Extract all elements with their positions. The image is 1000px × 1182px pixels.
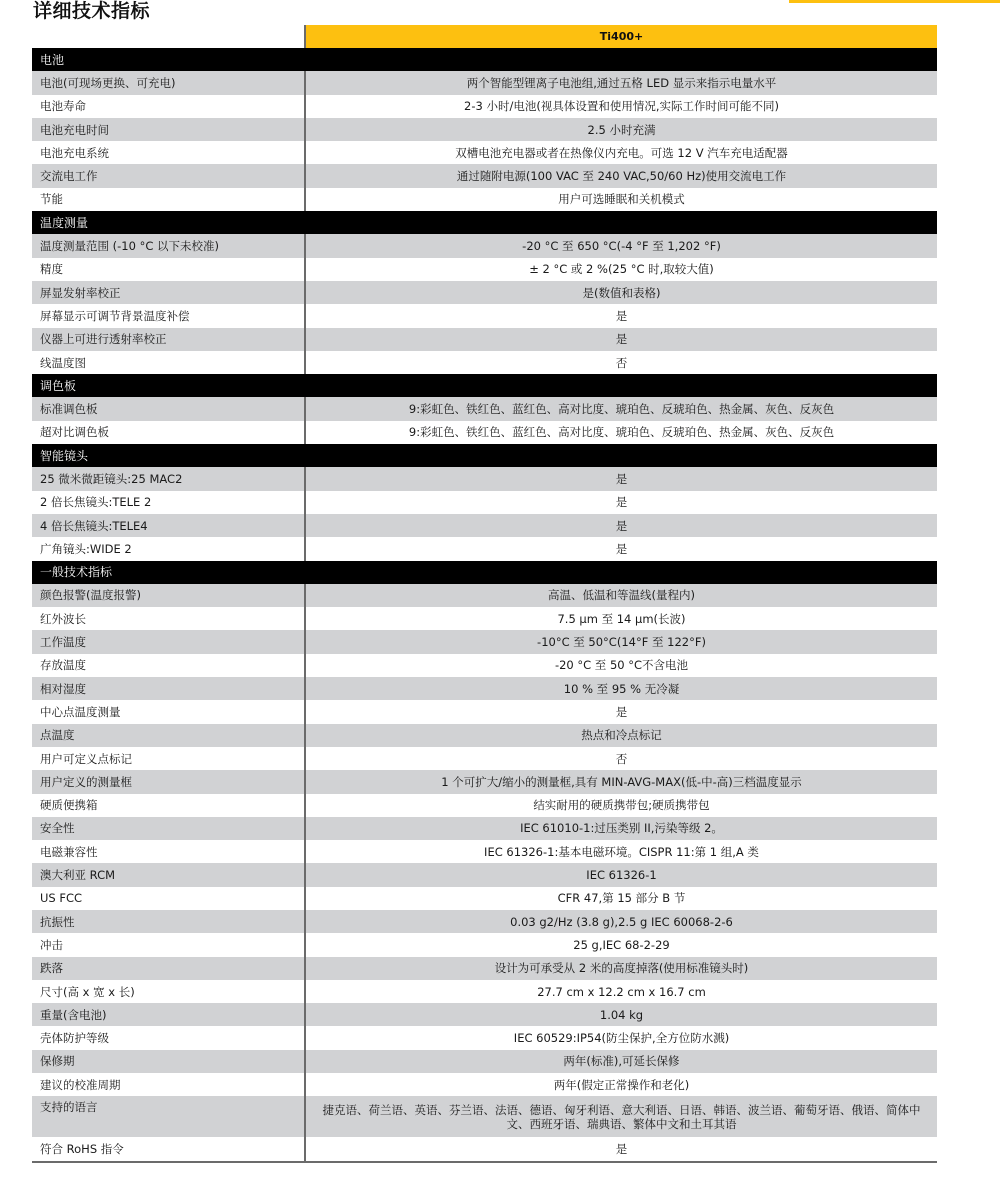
table-row: 仪器上可进行透射率校正是 xyxy=(32,328,937,351)
spec-value: 捷克语、荷兰语、英语、芬兰语、法语、德语、匈牙利语、意大利语、日语、韩语、波兰语… xyxy=(305,1096,937,1137)
table-row: 节能用户可选睡眠和关机模式 xyxy=(32,188,937,211)
spec-value: 是 xyxy=(305,700,937,723)
table-row: 硬质便携箱结实耐用的硬质携带包;硬质携带包 xyxy=(32,794,937,817)
spec-value: 1 个可扩大/缩小的测量框,具有 MIN-AVG-MAX(低-中-高)三档温度显… xyxy=(305,770,937,793)
spec-label: 建议的校准周期 xyxy=(32,1073,305,1096)
spec-value: 两年(假定正常操作和老化) xyxy=(305,1073,937,1096)
spec-label: 电磁兼容性 xyxy=(32,840,305,863)
spec-value: IEC 61326-1:基本电磁环境。CISPR 11:第 1 组,A 类 xyxy=(305,840,937,863)
spec-label: 4 倍长焦镜头:TELE4 xyxy=(32,514,305,537)
spec-value: 双槽电池充电器或者在热像仪内充电。可选 12 V 汽车充电适配器 xyxy=(305,141,937,164)
table-row: 保修期两年(标准),可延长保修 xyxy=(32,1050,937,1073)
table-row: 澳大利亚 RCMIEC 61326-1 xyxy=(32,863,937,886)
table-row: 电池充电系统双槽电池充电器或者在热像仪内充电。可选 12 V 汽车充电适配器 xyxy=(32,141,937,164)
spec-value: 是 xyxy=(305,1137,937,1161)
table-row: 中心点温度测量是 xyxy=(32,700,937,723)
spec-label: 节能 xyxy=(32,188,305,211)
spec-label: 硬质便携箱 xyxy=(32,794,305,817)
table-row: 电池充电时间2.5 小时充满 xyxy=(32,118,937,141)
table-row: 电池寿命2-3 小时/电池(视具体设置和使用情况,实际工作时间可能不同) xyxy=(32,95,937,118)
table-row: 4 倍长焦镜头:TELE4是 xyxy=(32,514,937,537)
spec-value: 是 xyxy=(305,514,937,537)
spec-label: 2 倍长焦镜头:TELE 2 xyxy=(32,491,305,514)
model-name: Ti400+ xyxy=(305,25,937,48)
spec-value: 热点和冷点标记 xyxy=(305,724,937,747)
spec-label: 仪器上可进行透射率校正 xyxy=(32,328,305,351)
spec-value: 两年(标准),可延长保修 xyxy=(305,1050,937,1073)
spec-label: 电池充电时间 xyxy=(32,118,305,141)
table-row: 颜色报警(温度报警)高温、低温和等温线(量程内) xyxy=(32,584,937,607)
table-row: 交流电工作通过随附电源(100 VAC 至 240 VAC,50/60 Hz)使… xyxy=(32,164,937,187)
spec-label: 澳大利亚 RCM xyxy=(32,863,305,886)
table-row: 2 倍长焦镜头:TELE 2是 xyxy=(32,491,937,514)
spec-label: 广角镜头:WIDE 2 xyxy=(32,537,305,560)
table-row: 抗振性0.03 g2/Hz (3.8 g),2.5 g IEC 60068-2-… xyxy=(32,910,937,933)
top-accent-bar xyxy=(789,0,1000,3)
spec-label: 点温度 xyxy=(32,724,305,747)
spec-value: -10°C 至 50°C(14°F 至 122°F) xyxy=(305,630,937,653)
spec-label: 用户可定义点标记 xyxy=(32,747,305,770)
table-row: 跌落设计为可承受从 2 米的高度掉落(使用标准镜头时) xyxy=(32,957,937,980)
spec-label: 支持的语言 xyxy=(32,1096,305,1137)
spec-value: 9:彩虹色、铁红色、蓝红色、高对比度、琥珀色、反琥珀色、热金属、灰色、反灰色 xyxy=(305,421,937,444)
spec-value: ± 2 °C 或 2 %(25 °C 时,取较大值) xyxy=(305,258,937,281)
spec-value: 设计为可承受从 2 米的高度掉落(使用标准镜头时) xyxy=(305,957,937,980)
table-row: 重量(含电池)1.04 kg xyxy=(32,1003,937,1026)
spec-label: 冲击 xyxy=(32,933,305,956)
spec-label: 温度测量范围 (-10 °C 以下未校准) xyxy=(32,234,305,257)
spec-table: Ti400+ 电池电池(可现场更换、可充电)两个智能型锂离子电池组,通过五格 L… xyxy=(32,25,937,1163)
spec-value: 9:彩虹色、铁红色、蓝红色、高对比度、琥珀色、反琥珀色、热金属、灰色、反灰色 xyxy=(305,397,937,420)
spec-label: 屏显发射率校正 xyxy=(32,281,305,304)
spec-label: 重量(含电池) xyxy=(32,1003,305,1026)
table-row: 用户定义的测量框1 个可扩大/缩小的测量框,具有 MIN-AVG-MAX(低-中… xyxy=(32,770,937,793)
table-row: 标准调色板9:彩虹色、铁红色、蓝红色、高对比度、琥珀色、反琥珀色、热金属、灰色、… xyxy=(32,397,937,420)
spec-label: 壳体防护等级 xyxy=(32,1026,305,1049)
spec-label: 相对湿度 xyxy=(32,677,305,700)
spec-value: 通过随附电源(100 VAC 至 240 VAC,50/60 Hz)使用交流电工… xyxy=(305,164,937,187)
table-row: 存放温度-20 °C 至 50 °C不含电池 xyxy=(32,654,937,677)
section-header: 调色板 xyxy=(32,374,937,397)
table-row: 安全性IEC 61010-1:过压类别 II,污染等级 2。 xyxy=(32,817,937,840)
table-row: 25 微米微距镜头:25 MAC2是 xyxy=(32,467,937,490)
spec-value: 高温、低温和等温线(量程内) xyxy=(305,584,937,607)
table-row: 点温度热点和冷点标记 xyxy=(32,724,937,747)
section-title: 电池 xyxy=(32,48,937,71)
spec-label: 颜色报警(温度报警) xyxy=(32,584,305,607)
table-row: 建议的校准周期两年(假定正常操作和老化) xyxy=(32,1073,937,1096)
section-header: 一般技术指标 xyxy=(32,561,937,584)
spec-value: 是 xyxy=(305,328,937,351)
page-title: 详细技术指标 xyxy=(33,0,150,24)
table-row: 壳体防护等级IEC 60529:IP54(防尘保护,全方位防水溅) xyxy=(32,1026,937,1049)
table-row: 电磁兼容性IEC 61326-1:基本电磁环境。CISPR 11:第 1 组,A… xyxy=(32,840,937,863)
table-row: 超对比调色板9:彩虹色、铁红色、蓝红色、高对比度、琥珀色、反琥珀色、热金属、灰色… xyxy=(32,421,937,444)
table-row: 相对湿度10 % 至 95 % 无冷凝 xyxy=(32,677,937,700)
spec-label: 电池充电系统 xyxy=(32,141,305,164)
spec-label: 保修期 xyxy=(32,1050,305,1073)
spec-value: 是 xyxy=(305,537,937,560)
spec-label: 中心点温度测量 xyxy=(32,700,305,723)
table-row: 尺寸(高 x 宽 x 长)27.7 cm x 12.2 cm x 16.7 cm xyxy=(32,980,937,1003)
spec-value: 2-3 小时/电池(视具体设置和使用情况,实际工作时间可能不同) xyxy=(305,95,937,118)
spec-label: 安全性 xyxy=(32,817,305,840)
section-title: 调色板 xyxy=(32,374,937,397)
spec-value: 两个智能型锂离子电池组,通过五格 LED 显示来指示电量水平 xyxy=(305,71,937,94)
spec-value: CFR 47,第 15 部分 B 节 xyxy=(305,887,937,910)
spec-label: 交流电工作 xyxy=(32,164,305,187)
spec-value: IEC 60529:IP54(防尘保护,全方位防水溅) xyxy=(305,1026,937,1049)
spec-label: 工作温度 xyxy=(32,630,305,653)
spec-value: 否 xyxy=(305,351,937,374)
spec-value: 结实耐用的硬质携带包;硬质携带包 xyxy=(305,794,937,817)
spec-label: 电池(可现场更换、可充电) xyxy=(32,71,305,94)
spec-value: 否 xyxy=(305,747,937,770)
header-blank-cell xyxy=(32,25,305,48)
spec-value: 是 xyxy=(305,467,937,490)
section-title: 智能镜头 xyxy=(32,444,937,467)
spec-value: 10 % 至 95 % 无冷凝 xyxy=(305,677,937,700)
spec-label: 用户定义的测量框 xyxy=(32,770,305,793)
spec-value: 7.5 μm 至 14 μm(长波) xyxy=(305,607,937,630)
spec-value: 0.03 g2/Hz (3.8 g),2.5 g IEC 60068-2-6 xyxy=(305,910,937,933)
spec-label: 跌落 xyxy=(32,957,305,980)
table-row: 线温度图否 xyxy=(32,351,937,374)
spec-label: 抗振性 xyxy=(32,910,305,933)
spec-label: 屏幕显示可调节背景温度补偿 xyxy=(32,304,305,327)
spec-value: -20 °C 至 50 °C不含电池 xyxy=(305,654,937,677)
spec-value: 2.5 小时充满 xyxy=(305,118,937,141)
spec-label: 尺寸(高 x 宽 x 长) xyxy=(32,980,305,1003)
table-row: 屏显发射率校正是(数值和表格) xyxy=(32,281,937,304)
spec-value: IEC 61010-1:过压类别 II,污染等级 2。 xyxy=(305,817,937,840)
spec-label: 红外波长 xyxy=(32,607,305,630)
table-row: 符合 RoHS 指令是 xyxy=(32,1137,937,1161)
spec-value: 用户可选睡眠和关机模式 xyxy=(305,188,937,211)
table-row: 支持的语言捷克语、荷兰语、英语、芬兰语、法语、德语、匈牙利语、意大利语、日语、韩… xyxy=(32,1096,937,1137)
spec-label: 25 微米微距镜头:25 MAC2 xyxy=(32,467,305,490)
spec-label: 超对比调色板 xyxy=(32,421,305,444)
spec-value: 是 xyxy=(305,304,937,327)
table-row: 工作温度-10°C 至 50°C(14°F 至 122°F) xyxy=(32,630,937,653)
spec-label: 存放温度 xyxy=(32,654,305,677)
spec-label: 符合 RoHS 指令 xyxy=(32,1137,305,1161)
table-row: 冲击25 g,IEC 68-2-29 xyxy=(32,933,937,956)
spec-value: IEC 61326-1 xyxy=(305,863,937,886)
spec-value: 1.04 kg xyxy=(305,1003,937,1026)
spec-value: 是 xyxy=(305,491,937,514)
table-row: 红外波长7.5 μm 至 14 μm(长波) xyxy=(32,607,937,630)
section-title: 一般技术指标 xyxy=(32,561,937,584)
table-row: 广角镜头:WIDE 2是 xyxy=(32,537,937,560)
spec-value: 27.7 cm x 12.2 cm x 16.7 cm xyxy=(305,980,937,1003)
section-title: 温度测量 xyxy=(32,211,937,234)
table-row: 用户可定义点标记否 xyxy=(32,747,937,770)
table-row: 电池(可现场更换、可充电)两个智能型锂离子电池组,通过五格 LED 显示来指示电… xyxy=(32,71,937,94)
spec-value: -20 °C 至 650 °C(-4 °F 至 1,202 °F) xyxy=(305,234,937,257)
spec-label: US FCC xyxy=(32,887,305,910)
section-header: 电池 xyxy=(32,48,937,71)
section-header: 温度测量 xyxy=(32,211,937,234)
spec-value: 25 g,IEC 68-2-29 xyxy=(305,933,937,956)
spec-label: 电池寿命 xyxy=(32,95,305,118)
spec-value: 是(数值和表格) xyxy=(305,281,937,304)
spec-label: 标准调色板 xyxy=(32,397,305,420)
table-row: 精度± 2 °C 或 2 %(25 °C 时,取较大值) xyxy=(32,258,937,281)
table-row: US FCCCFR 47,第 15 部分 B 节 xyxy=(32,887,937,910)
spec-label: 线温度图 xyxy=(32,351,305,374)
spec-label: 精度 xyxy=(32,258,305,281)
table-row: 温度测量范围 (-10 °C 以下未校准)-20 °C 至 650 °C(-4 … xyxy=(32,234,937,257)
model-header-row: Ti400+ xyxy=(32,25,937,48)
table-row: 屏幕显示可调节背景温度补偿是 xyxy=(32,304,937,327)
section-header: 智能镜头 xyxy=(32,444,937,467)
